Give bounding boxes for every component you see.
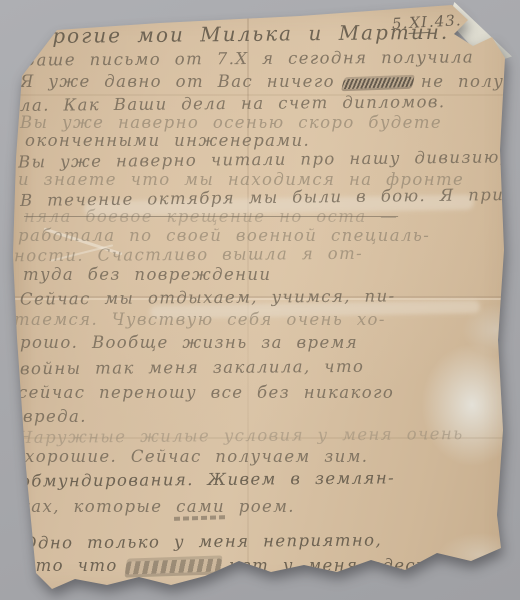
letter-line: ности. Счастливо вышла я от-	[14, 244, 363, 265]
letter-line: таемся. Чувствую себя очень хо-	[14, 310, 386, 329]
letter-line: Вы уже наверно читали про нашу дивизию,	[18, 147, 507, 171]
letter-line: ла. Как Ваши дела на счет дипломов.	[20, 92, 446, 115]
letter-line: обмундирования. Живем в землян-	[20, 468, 395, 490]
letter-paper: 5.XI.43. Дорогие мои Милька и Мартин. Ва…	[0, 0, 520, 600]
letter-line: Ваше письмо от 7.X я сегодня получила	[23, 47, 474, 69]
letter-line: работала по своей военной специаль-	[18, 226, 430, 245]
letter-line: это чтонет у меня здесь	[25, 556, 426, 575]
letter-line: Вы уже наверно осенью скоро будете	[20, 113, 442, 132]
letter-line: вреда.	[23, 407, 87, 426]
scribbled-out-word	[341, 76, 414, 88]
line-text: это что	[25, 556, 118, 575]
letter-salutation: Дорогие мои Милька и Мартин.	[20, 20, 449, 48]
line-text: нет у меня здесь	[229, 556, 427, 575]
letter-line: сейчас переношу все без никакого	[18, 383, 394, 402]
letter-line: оконченными инженерами.	[25, 131, 310, 150]
letter-line: рошо. Вообще жизнь за время	[20, 333, 358, 352]
letter-line: Одно только у меня неприятно,	[23, 530, 382, 552]
letter-line: Сейчас мы отдыхаем, учимся, пи-	[20, 286, 396, 308]
letter-line: войны так меня закалила, что	[20, 357, 364, 378]
letter-line: ках, которые сами роем.	[20, 497, 295, 516]
line-text: не получа-	[421, 72, 520, 91]
letter-line: туда без повреждении	[23, 265, 271, 284]
photo-of-letter: 5.XI.43. Дорогие мои Милька и Мартин. Ва…	[0, 0, 520, 600]
word-with-correction-scribble: сами	[176, 497, 225, 516]
scribbled-out-words	[125, 558, 222, 574]
line-text: Я уже давно от Вас ничего	[20, 72, 335, 91]
letter-line: Наружные жилые условия у меня очень	[18, 424, 464, 447]
letter-line: хорошие. Сейчас получаем зим.	[25, 447, 368, 466]
letter-line: Я уже давно от Вас ничегоне получа-	[20, 72, 520, 91]
line-text: ках, которые	[20, 497, 162, 516]
letter-line-struck: няла боевое крещение но оста —	[24, 207, 398, 226]
line-text: роем.	[239, 497, 295, 516]
paper-shadow-wrap: 5.XI.43. Дорогие мои Милька и Мартин. Ва…	[0, 0, 520, 600]
